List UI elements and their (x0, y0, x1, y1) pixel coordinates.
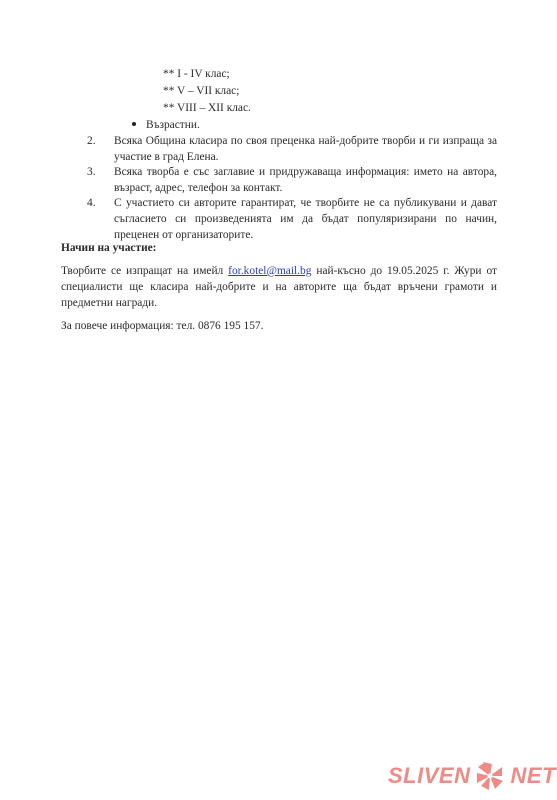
logo-word-left: SLIVEN (388, 761, 470, 791)
sliven-net-watermark: SLIVEN NET (388, 761, 556, 791)
star-pinwheel-icon (475, 761, 505, 791)
item-line: преценен от организаторите. (114, 227, 497, 243)
bullet-icon (132, 122, 136, 126)
item-line: съгласието си произведенията им да бъдат… (114, 211, 497, 227)
bullet-text: Възрастни. (146, 119, 200, 131)
info-paragraph: За повече информация: тел. 0876 195 157. (61, 318, 497, 334)
email-link[interactable]: for.kotel@mail.bg (228, 265, 311, 277)
item-number: 4. (87, 195, 107, 211)
paragraph-line: предметни награди. (61, 295, 497, 311)
sub-item-grades-8-12: ** VIII – XII клас. (163, 100, 251, 116)
text-segment: най-късно до 19.05.2025 г. Жури от (311, 265, 497, 277)
item-line: възраст, адрес, телефон за контакт. (114, 180, 497, 196)
item-line: Всяка творба е със заглавие и придружава… (114, 164, 497, 180)
item-line: участие в град Елена. (114, 149, 497, 165)
item-number: 3. (87, 164, 107, 180)
numbered-item-2: 2. Всяка Община класира по своя преценка… (87, 133, 497, 165)
paragraph-line: специалисти ще класира най-добрите и на … (61, 279, 497, 295)
numbered-item-3: 3. Всяка творба е със заглавие и придруж… (87, 164, 497, 196)
item-number: 2. (87, 133, 107, 149)
bullet-item-adults: Възрастни. (132, 117, 200, 133)
logo-word-right: NET (510, 761, 556, 791)
section-heading: Начин на участие: (61, 240, 156, 256)
text-segment: Творбите се изпращат на имейл (61, 265, 228, 277)
participation-paragraph: Творбите се изпращат на имейл for.kotel@… (61, 263, 497, 311)
item-line: С участието си авторите гарантират, че т… (114, 195, 497, 211)
sub-item-grades-5-7: ** V – VII клас; (163, 83, 239, 99)
item-line: Всяка Община класира по своя преценка на… (114, 133, 497, 149)
contact-info: За повече информация: тел. 0876 195 157. (61, 318, 497, 334)
paragraph-line: Творбите се изпращат на имейл for.kotel@… (61, 263, 497, 279)
numbered-item-4: 4. С участието си авторите гарантират, ч… (87, 195, 497, 243)
document-page: ** I - IV клас; ** V – VII клас; ** VIII… (0, 0, 557, 800)
sub-item-grades-1-4: ** I - IV клас; (163, 66, 230, 82)
